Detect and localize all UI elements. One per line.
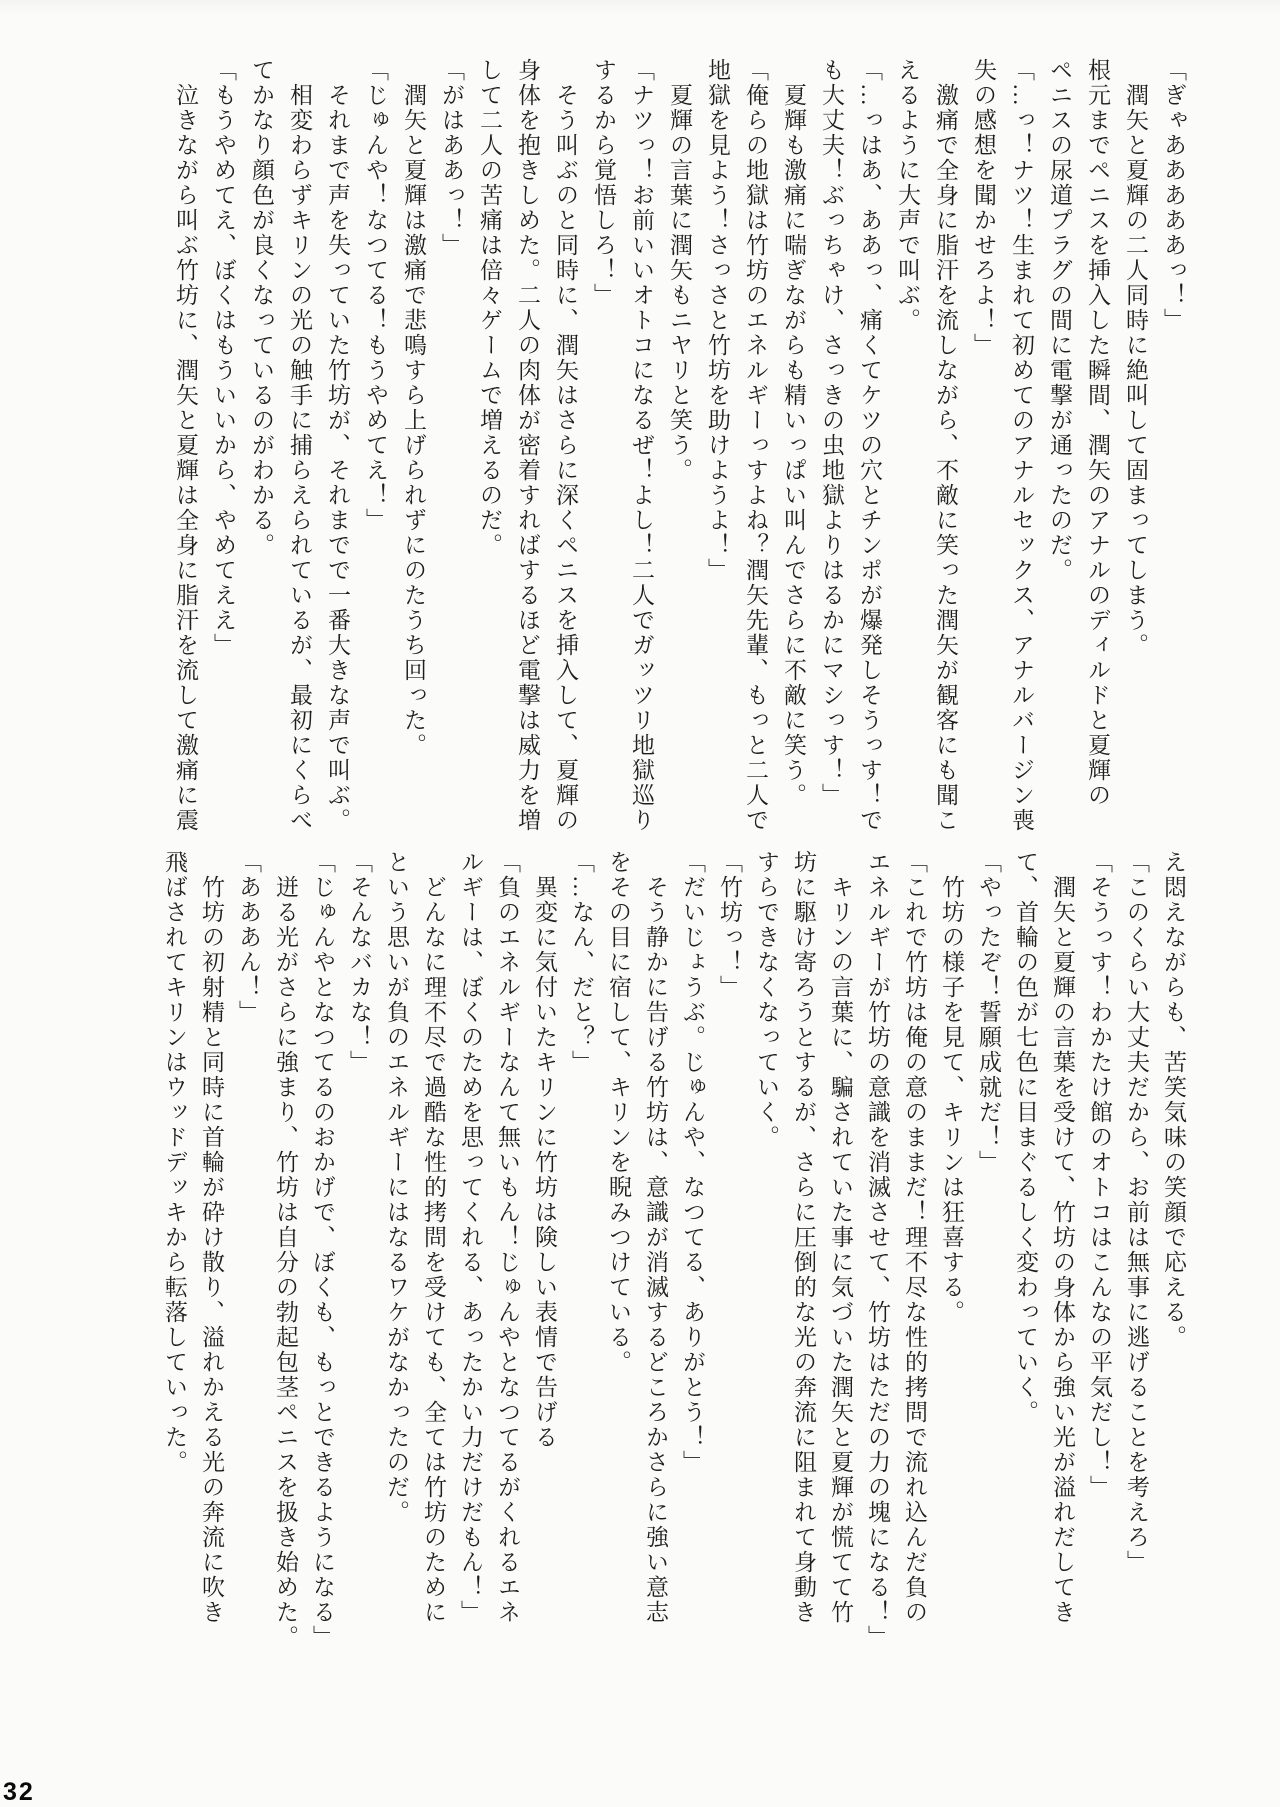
text-column: 「じゅんやとなつてるのおかげで、ぼくも、もっとできるようになる」 — [304, 850, 341, 1650]
text-column: そう静かに告げる竹坊は、意識が消滅するどころかさらに強い意志 — [637, 850, 674, 1650]
text-column: も大丈夫！ぶっちゃけ、さっきの虫地獄よりはるかにマシっす！」 — [812, 58, 850, 833]
text-column: 「…なん、だと？」 — [563, 850, 600, 1650]
text-column: という思いが負のエネルギーにはなるワケがなかったのだ。 — [378, 850, 415, 1650]
text-column: えるように大声で叫ぶ。 — [888, 58, 926, 833]
text-column: 「じゅんや！なつてる！もうやめてえ！」 — [356, 58, 394, 833]
text-column: 潤矢と夏輝は激痛で悲鳴すら上げられずにのたうち回った。 — [394, 58, 432, 833]
scanned-page-background: { "page_number": "32", "blocks": [ { "id… — [0, 0, 1280, 1807]
text-column: 身体を抱きしめた。二人の肉体が密着すればするほど電撃は威力を増 — [508, 58, 546, 833]
text-column: 「負のエネルギーなんて無いもん！じゅんやとなつてるがくれるエネ — [489, 850, 526, 1650]
text-column: 夏輝も激痛に喘ぎながらも精いっぱい叫んでさらに不敵に笑う。 — [774, 58, 812, 833]
text-column: 「やったぞ！誓願成就だ！」 — [970, 850, 1007, 1650]
text-column: 「あああん！」 — [230, 850, 267, 1650]
novel-page: 「ぎゃあああああっ！」 潤矢と夏輝の二人同時に絶叫して固まってしまう。根元までペ… — [0, 0, 1280, 1807]
text-column: ルギーは、ぼくのためを思ってくれる、あったかい力だけだもん！」 — [452, 850, 489, 1650]
text-column: 「そんなバカな！」 — [341, 850, 378, 1650]
text-column: 失の感想を聞かせろよ！」 — [964, 58, 1002, 833]
text-column: 「ナツっ！お前いいオトコになるぜ！よし！二人でガッツリ地獄巡り — [622, 58, 660, 833]
text-column: ペニスの尿道プラグの間に電撃が通ったのだ。 — [1040, 58, 1078, 833]
text-column: をその目に宿して、キリンを睨みつけている。 — [600, 850, 637, 1650]
vertical-text-block-bottom: え悶えながらも、苦笑気味の笑顔で応える。「このくらい大丈夫だから、お前は無事に逃… — [156, 850, 1192, 1650]
text-column: 「だいじょうぶ。じゅんや、なつてる、ありがとう！」 — [674, 850, 711, 1650]
text-column: 竹坊の様子を見て、キリンは狂喜する。 — [933, 850, 970, 1650]
text-column: 飛ばされてキリンはウッドデッキから転落していった。 — [156, 850, 193, 1650]
text-column: すらできなくなっていく。 — [748, 850, 785, 1650]
text-column: 竹坊の初射精と同時に首輪が砕け散り、溢れかえる光の奔流に吹き — [193, 850, 230, 1650]
text-column: 潤矢と夏輝の二人同時に絶叫して固まってしまう。 — [1116, 58, 1154, 833]
text-column: て、首輪の色が七色に目まぐるしく変わっていく。 — [1007, 850, 1044, 1650]
text-column: 「もうやめてえ、ぼくはもういいから、やめてええ」 — [204, 58, 242, 833]
text-column: 地獄を見よう！さっさと竹坊を助けようよ！」 — [698, 58, 736, 833]
text-column: 「…っ！ナツ！生まれて初めてのアナルセックス、アナルバージン喪 — [1002, 58, 1040, 833]
text-column: そう叫ぶのと同時に、潤矢はさらに深くペニスを挿入して、夏輝の — [546, 58, 584, 833]
text-column: え悶えながらも、苦笑気味の笑顔で応える。 — [1155, 850, 1192, 1650]
text-column: それまで声を失っていた竹坊が、それまでで一番大きな声で叫ぶ。 — [318, 58, 356, 833]
text-column: 激痛で全身に脂汗を流しながら、不敵に笑った潤矢が観客にも聞こ — [926, 58, 964, 833]
text-column: 泣きながら叫ぶ竹坊に、潤矢と夏輝は全身に脂汗を流して激痛に震 — [166, 58, 204, 833]
text-column: 「…っはあ、ああっ、痛くてケツの穴とチンポが爆発しそうっす！で — [850, 58, 888, 833]
text-column: てかなり顔色が良くなっているのがわかる。 — [242, 58, 280, 833]
text-column: 迸る光がさらに強まり、竹坊は自分の勃起包茎ペニスを扱き始めた。 — [267, 850, 304, 1650]
text-column: 異変に気付いたキリンに竹坊は険しい表情で告げる — [526, 850, 563, 1650]
text-column: 夏輝の言葉に潤矢もニヤリと笑う。 — [660, 58, 698, 833]
text-column: 「これで竹坊は俺の意のままだ！理不尽な性的拷問で流れ込んだ負の — [896, 850, 933, 1650]
text-column: 「そうっす！わかたけ館のオトコはこんなの平気だし！」 — [1081, 850, 1118, 1650]
text-column: 「竹坊っ！」 — [711, 850, 748, 1650]
page-number: 32 — [3, 1778, 35, 1807]
text-column: するから覚悟しろ！」 — [584, 58, 622, 833]
text-column: 相変わらずキリンの光の触手に捕らえられているが、最初にくらべ — [280, 58, 318, 833]
text-column: どんなに理不尽で過酷な性的拷問を受けても、全ては竹坊のために — [415, 850, 452, 1650]
vertical-text-block-top: 「ぎゃあああああっ！」 潤矢と夏輝の二人同時に絶叫して固まってしまう。根元までペ… — [166, 58, 1192, 833]
text-column: 坊に駆け寄ろうとするが、さらに圧倒的な光の奔流に阻まれて身動き — [785, 850, 822, 1650]
text-column: 根元までペニスを挿入した瞬間、潤矢のアナルのディルドと夏輝の — [1078, 58, 1116, 833]
text-column: 「がはああっ！」 — [432, 58, 470, 833]
text-column: 「このくらい大丈夫だから、お前は無事に逃げることを考えろ」 — [1118, 850, 1155, 1650]
text-column: 潤矢と夏輝の言葉を受けて、竹坊の身体から強い光が溢れだしてき — [1044, 850, 1081, 1650]
text-column: エネルギーが竹坊の意識を消滅させて、竹坊はただの力の塊になる！」 — [859, 850, 896, 1650]
text-column: 「俺らの地獄は竹坊のエネルギーっすよね？潤矢先輩、もっと二人で — [736, 58, 774, 833]
text-column: して二人の苦痛は倍々ゲームで増えるのだ。 — [470, 58, 508, 833]
text-column: 「ぎゃあああああっ！」 — [1154, 58, 1192, 833]
text-column: キリンの言葉に、騙されていた事に気づいた潤矢と夏輝が慌てて竹 — [822, 850, 859, 1650]
